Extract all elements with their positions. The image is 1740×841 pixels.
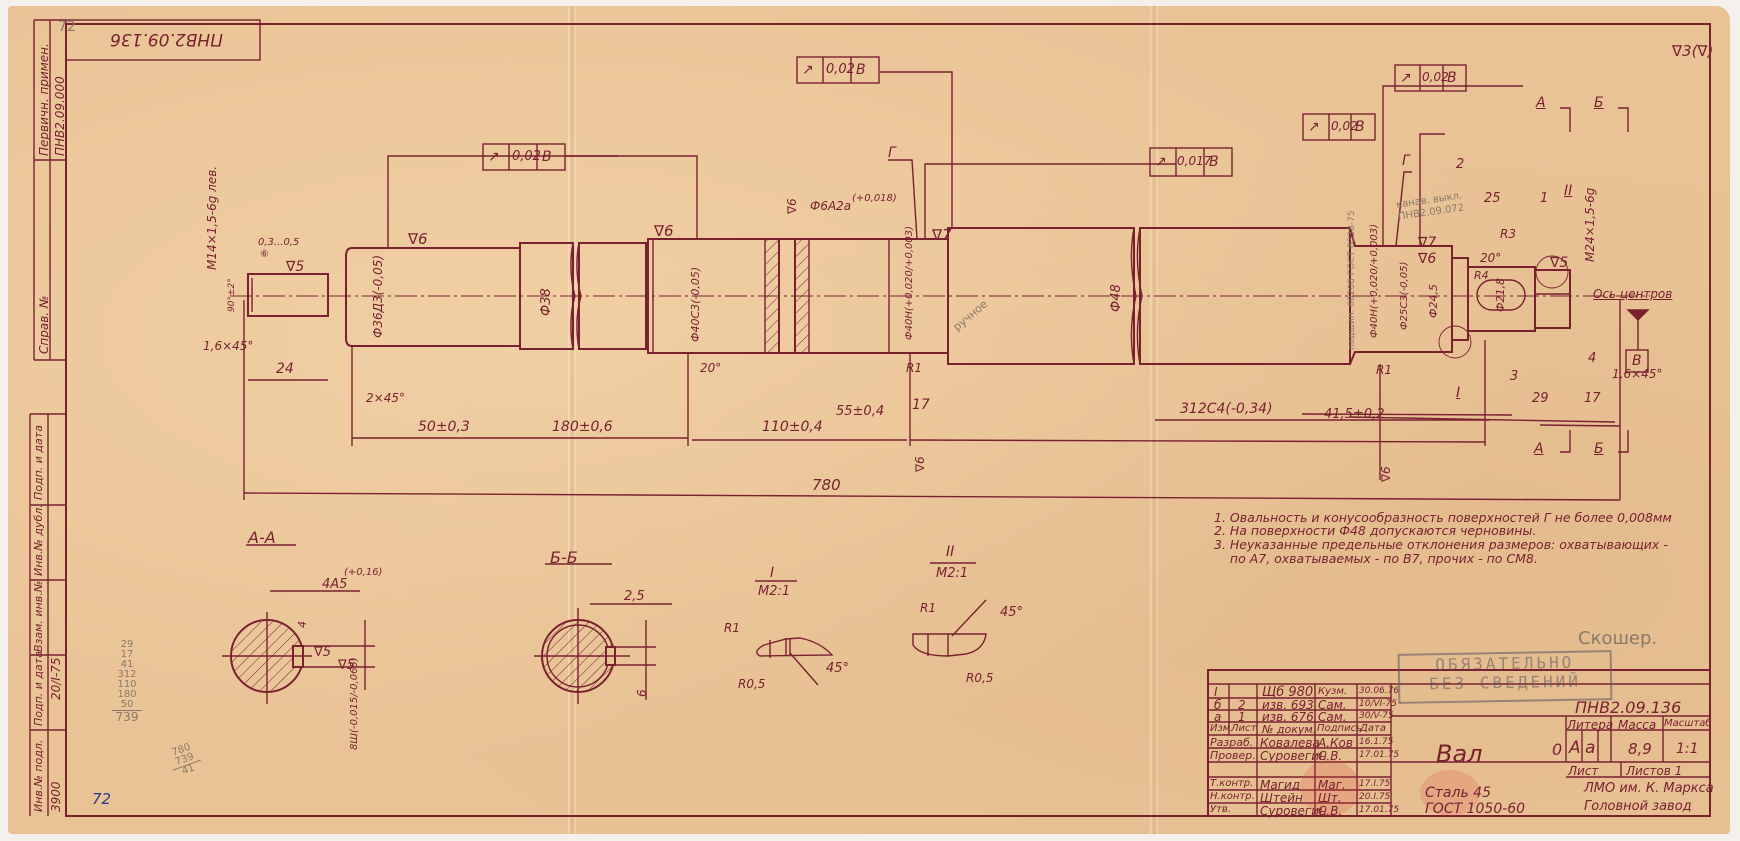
radius-r1-left: R1 — [906, 362, 922, 374]
dim-41-5: 41,5±0,2 — [1324, 408, 1385, 421]
datum-b: В — [1632, 354, 1642, 368]
sign-date-label: Подп. и дата — [33, 651, 44, 726]
dia-36: Ф36Д3(-0,05) — [372, 255, 384, 338]
center-axis-label: Ось центров — [1593, 288, 1672, 300]
dia-21-8: Ф21,8 — [1495, 278, 1506, 312]
dim-55: 55±0,4 — [836, 405, 884, 418]
dia-40-h-left: Ф40Н(+0,020/+0,003) — [905, 226, 915, 340]
section-aa-rough: ∇5 — [314, 646, 331, 659]
dim-2: 2 — [1456, 158, 1464, 171]
role-name: Магид — [1260, 779, 1300, 791]
angle-20-left: 20° — [700, 362, 721, 374]
scale-label: Масштаб — [1664, 719, 1712, 729]
note-circle-6: ⑥ — [260, 250, 269, 260]
organization-line-2: Головной завод — [1584, 800, 1692, 813]
part-name: Вал — [1436, 742, 1483, 766]
sheets-label: Листов 1 — [1626, 765, 1682, 777]
dim-4: 4 — [1588, 352, 1596, 365]
dim-1: 1 — [1540, 192, 1548, 205]
role-name: Суровегин — [1260, 750, 1327, 762]
first-use-label: Первичн. примен. — [38, 43, 50, 156]
replaced-inv-label: Взам. инв.№ — [33, 581, 44, 652]
technical-notes: 1. Овальность и конусообразность поверхн… — [1214, 512, 1672, 566]
radius-r1-right: R1 — [1376, 364, 1392, 376]
roughness-5-left: ∇5 — [286, 260, 304, 274]
section-bb-title: Б-Б — [550, 550, 578, 566]
sheet-label: Лист — [1568, 765, 1598, 777]
header-date: Дата — [1360, 724, 1386, 734]
dia-24-5: Ф24,5 — [1428, 284, 1439, 318]
surface-g-right: Г — [1402, 154, 1410, 168]
role-label: Провер. — [1210, 750, 1256, 761]
stamp-line-2: БЕЗ СВЕДЕНИЙ — [1400, 671, 1610, 694]
roughness-6-bottom-right: ∇6 — [1380, 466, 1392, 482]
chamfer-small: 0,3...0,5 — [258, 238, 299, 248]
roughness-6: ∇6 — [408, 232, 428, 247]
inv-orig-label: Инв.№ подл. — [33, 740, 44, 812]
runout-symbol-icon: ↗ — [1400, 71, 1412, 85]
section-marker-b-bottom: Б — [1594, 442, 1604, 456]
datum-ref: В — [1355, 120, 1365, 134]
hole-tolerance: (+0,018) — [852, 194, 897, 204]
tolerance-value: 0,02 — [826, 63, 855, 76]
mass-label: Масса — [1618, 719, 1656, 731]
litera-label: Литера — [1567, 719, 1613, 731]
dim-50: 50±0,3 — [418, 420, 470, 434]
rev-date: 10/VI-75 — [1359, 700, 1397, 709]
role-date: 17.I.75 — [1359, 780, 1390, 789]
inv-orig-value: 3900 — [50, 781, 62, 812]
role-sign: Маг. — [1318, 779, 1346, 791]
mass-value: 8,9 — [1628, 742, 1652, 757]
role-date: 20.I.75 — [1359, 793, 1390, 802]
archive-stamp: ОБЯЗАТЕЛЬНО БЕЗ СВЕДЕНИЙ — [1398, 650, 1613, 704]
mirrored-designation: ПНВ2.09.136 — [110, 30, 223, 47]
section-marker-b-top: Б — [1594, 96, 1604, 110]
dim-17-mid: 17 — [912, 398, 930, 412]
detail-1-angle: 45° — [826, 662, 849, 675]
dim-24: 24 — [276, 362, 294, 376]
role-label: Т.контр. — [1210, 779, 1253, 789]
runout-symbol-icon: ↗ — [1155, 155, 1167, 169]
rev-sign: Кузм. — [1318, 687, 1347, 697]
runout-symbol-icon: ↗ — [802, 63, 814, 77]
dia-48: Ф48 — [1110, 284, 1123, 312]
angle-20-right: 20° — [1480, 252, 1501, 264]
hole-roughness: ∇6 — [786, 198, 798, 214]
detail-2-angle: 45° — [1000, 606, 1023, 619]
runout-symbol-icon: ↗ — [488, 150, 500, 164]
section-aa-key-tol: (+0,16) — [344, 568, 382, 578]
tolerance-value: 0,017 — [1177, 155, 1211, 167]
role-sign: С.В. — [1318, 805, 1342, 817]
drawing-linework — [0, 0, 1740, 841]
role-label: Утв. — [1210, 805, 1231, 815]
section-aa-dim: 8Ш(-0,015/-0,065) — [350, 657, 360, 750]
section-aa-depth: 4 — [297, 621, 308, 628]
header-change: Изм. — [1210, 724, 1234, 734]
role-name: Суровегин — [1260, 805, 1327, 817]
radius-r4: R4 — [1474, 270, 1489, 281]
header-sign: Подпись — [1317, 724, 1362, 734]
note-3: 3. Неуказанные предельные отклонения раз… — [1214, 539, 1672, 552]
scale-value: 1:1 — [1676, 742, 1699, 756]
role-sign: А.Ков — [1318, 737, 1353, 749]
general-roughness: ∇3(∇) — [1672, 44, 1713, 59]
section-marker-a-bottom: А — [1534, 442, 1544, 456]
dim-3: 3 — [1510, 370, 1518, 383]
calc-value: 50 — [112, 700, 142, 710]
role-date: 17.01.75 — [1359, 806, 1399, 815]
detail-1-scale: M2:1 — [758, 585, 790, 598]
roughness-5-right: ∇5 — [1550, 256, 1568, 270]
dim-25: 25 — [1484, 192, 1501, 205]
datum-ref: В — [1447, 71, 1457, 85]
datum-ref: В — [542, 150, 552, 164]
roughness-7: ∇7 — [932, 228, 952, 243]
pencil-note-bearing: подшип. 60208 ГОСТ 8338-75 — [1348, 210, 1357, 350]
dim-312: 312С4(-0,34) — [1180, 402, 1273, 416]
detail-1-r05: R0,5 — [738, 678, 765, 690]
role-name: Штейн — [1260, 792, 1303, 804]
litera-value-a: А — [1569, 740, 1581, 757]
roughness-6: ∇6 — [654, 224, 674, 239]
calc-value: 739 — [112, 710, 142, 723]
runout-symbol-icon: ↗ — [1308, 120, 1320, 134]
rev-date: 30/V-75 — [1359, 712, 1394, 721]
dim-110: 110±0,4 — [762, 420, 823, 434]
role-sign: Шт. — [1318, 792, 1342, 804]
note-3-cont: по А7, охватываемых - по В7, прочих - по… — [1214, 552, 1672, 566]
chamfer-1-6-left: 1,6×45° — [203, 340, 253, 352]
material-line-2: ГОСТ 1050-60 — [1425, 802, 1525, 816]
pencil-calculation: 29 17 41 312 110 180 50 739 — [112, 640, 142, 723]
litera-value-a-small: а — [1585, 740, 1595, 757]
detail-2-title: II — [946, 545, 954, 559]
pencil-signature: Скошер. — [1578, 630, 1657, 648]
roughness-7: ∇7 — [1418, 236, 1436, 250]
sign-date-value: 20/I-75 — [50, 658, 62, 700]
material-line-1: Сталь 45 — [1425, 786, 1491, 800]
role-date: 17.01.75 — [1359, 751, 1399, 760]
rev-sheet: 1 — [1238, 711, 1246, 723]
first-use-value: ПНВ2.09.000 — [54, 76, 66, 156]
chamfer-1-6-right: 1,6×45° — [1612, 368, 1662, 380]
surface-g-left: Г — [888, 146, 896, 160]
dim-780: 780 — [812, 478, 841, 493]
detail-2-marker: II — [1564, 184, 1572, 198]
thread-left-label: M14×1,5-6g лев. — [206, 166, 218, 270]
detail-1-marker: I — [1456, 386, 1460, 400]
detail-2-r1: R1 — [920, 602, 936, 614]
role-sign: С.В. — [1318, 750, 1342, 762]
title-designation: ПНВ2.09.136 — [1575, 700, 1681, 716]
sign-date-label: Подп. и дата — [33, 425, 44, 500]
radius-r3: R3 — [1500, 228, 1516, 240]
dia-40-c3: Ф40С3(-0,05) — [690, 267, 701, 342]
section-bb-dim-2-5: 2,5 — [624, 590, 645, 603]
tolerance-value: 0,02 — [1422, 71, 1449, 83]
tolerance-value: 0,02 — [1331, 120, 1358, 132]
role-label: Разраб. — [1210, 737, 1253, 748]
detail-1-title: I — [770, 566, 774, 580]
tolerance-value: 0,02 — [512, 150, 541, 163]
role-name: Ковалева — [1260, 737, 1320, 749]
hole-dia-6: Ф6А2а — [810, 200, 851, 212]
roughness-6: ∇6 — [1418, 252, 1436, 266]
chamfer-2: 2×45° — [366, 392, 405, 404]
rev-date: 30.06.76 — [1359, 687, 1399, 696]
dia-38: Ф38 — [540, 288, 553, 316]
rev-doc: изв. 676 — [1262, 711, 1314, 723]
organization-line-1: ЛМО им. К. Маркса — [1584, 782, 1714, 795]
dim-29: 29 — [1532, 392, 1549, 405]
section-aa-key-width: 4А5 — [322, 578, 347, 591]
dup-inv-label: Инв.№ дубл. — [33, 504, 44, 576]
rev-sign: Сам. — [1318, 711, 1347, 723]
datum-ref: В — [1209, 155, 1219, 169]
dia-25: Ф25С3(-0,05) — [1400, 262, 1410, 330]
angle-90: 90°±2° — [228, 278, 237, 312]
pencil-page-number: 72 — [58, 20, 76, 34]
role-date: 16.1.75 — [1359, 738, 1393, 747]
datum-ref: В — [856, 63, 866, 77]
ref-no-label: Справ. № — [38, 296, 50, 354]
dia-40-h-right: Ф40Н(+0,020/+0,003) — [1370, 224, 1380, 338]
blue-page-number: 72 — [92, 792, 111, 807]
rev-change: а — [1214, 711, 1221, 723]
dim-17-right: 17 — [1584, 392, 1601, 405]
section-aa-title: А-А — [248, 530, 276, 546]
roughness-6-bottom: ∇6 — [914, 456, 926, 472]
section-marker-a-top: А — [1536, 96, 1546, 110]
header-doc: № докум. — [1262, 724, 1316, 735]
litera-value-0: 0 — [1552, 742, 1562, 758]
thread-right-label: M24×1,5-6g — [1584, 188, 1596, 262]
rev-change: I — [1214, 686, 1218, 698]
dim-180: 180±0,6 — [552, 420, 613, 434]
note-2: 2. На поверхности Ф48 допускаются чернов… — [1214, 525, 1672, 538]
role-label: Н.контр. — [1210, 792, 1255, 802]
detail-2-r05: R0,5 — [966, 672, 993, 684]
detail-1-r1: R1 — [724, 622, 740, 634]
detail-2-scale: M2:1 — [936, 567, 968, 580]
section-bb-dim-6: 6 — [636, 689, 648, 697]
header-sheet: Лист — [1231, 724, 1256, 734]
